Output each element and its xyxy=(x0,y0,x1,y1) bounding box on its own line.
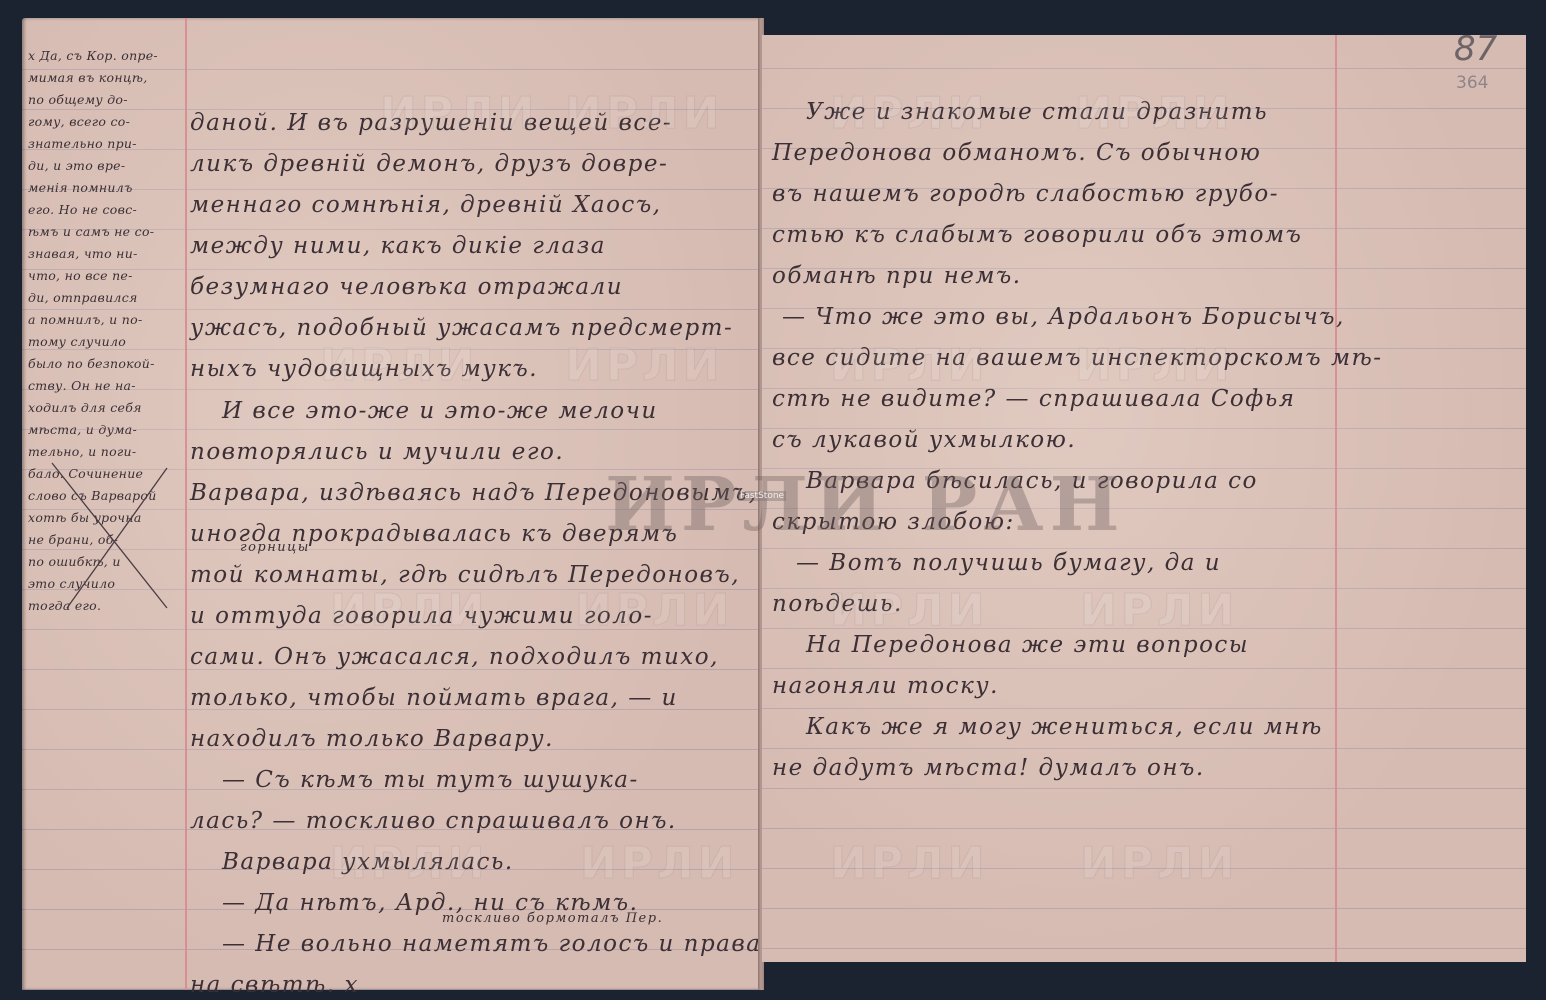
manuscript-line: Уже и знакомые стали дразнить xyxy=(806,99,1268,125)
manuscript-line: повторялись и мучили его. xyxy=(190,439,564,465)
manuscript-line: не дадутъ мѣста! думалъ онъ. xyxy=(772,755,1205,781)
margin-note-line: ству. Он не на- xyxy=(28,378,136,393)
manuscript-line: На Передонова же эти вопросы xyxy=(806,632,1249,658)
margin-note-line: х Да, съ Кор. опре- xyxy=(28,48,158,63)
margin-note-line: знательно при- xyxy=(28,136,137,151)
manuscript-line: даной. И въ разрушенiи вещей все- xyxy=(190,110,672,136)
left-page-margin-line xyxy=(185,18,187,990)
manuscript-line: Варвара, издѣваясь надъ Передоновымъ, xyxy=(190,480,758,506)
manuscript-line: только, чтобы поймать врага, — и xyxy=(190,685,678,711)
margin-note-line: ходилъ для себя xyxy=(28,400,142,415)
manuscript-line: лась? — тоскливо спрашивалъ онъ. xyxy=(190,808,677,834)
margin-note-line: знавая, что ни- xyxy=(28,246,138,261)
margin-note-line: тому случило xyxy=(28,334,126,349)
interlinear-note: горницы xyxy=(240,540,310,555)
software-label: FastStone xyxy=(738,491,786,501)
margin-note-line: ѣмъ и самъ не со- xyxy=(28,224,154,239)
manuscript-line: Варвара ухмылялась. xyxy=(222,849,514,875)
margin-note-line: тельно, и поги- xyxy=(28,444,136,459)
interlinear-note: тоскливо бормоталъ Пер. xyxy=(442,911,663,926)
margin-note-line: гому, всего со- xyxy=(28,114,130,129)
manuscript-line: стью къ слабымъ говорили объ этомъ xyxy=(772,222,1302,248)
manuscript-line: ужасъ, подобный ужасамъ предсмерт- xyxy=(190,315,733,341)
margin-note-line: его. Но не совс- xyxy=(28,202,137,217)
archive-number: 364 xyxy=(1456,73,1488,93)
margin-note-line: что, но все пе- xyxy=(28,268,133,283)
margin-note-line: ди, отправился xyxy=(28,290,138,305)
manuscript-line: Передонова обманомъ. Съ обычною xyxy=(772,140,1261,166)
margin-note-line: мѣста, и дума- xyxy=(28,422,137,437)
manuscript-line: поѣдешь. xyxy=(772,591,903,617)
manuscript-line: — Съ кѣмъ ты тутъ шушука- xyxy=(222,767,639,793)
manuscript-line: Какъ же я могу жениться, если мнѣ xyxy=(806,714,1323,740)
manuscript-line: сами. Онъ ужасался, подходилъ тихо, xyxy=(190,644,719,670)
manuscript-line: Варвара бѣсилась, и говорила со xyxy=(806,468,1258,494)
manuscript-line: находилъ только Варвару. xyxy=(190,726,554,752)
manuscript-line: ныхъ чудовищныхъ мукъ. xyxy=(190,356,538,382)
margin-note-line: мимая въ концѣ, xyxy=(28,70,148,85)
folio-number: 87 xyxy=(1454,29,1497,69)
right-manuscript-page: 87 364 Уже и знакомые стали дразнить Пер… xyxy=(762,35,1526,962)
manuscript-line: безумнаго человѣка отражали xyxy=(190,274,623,300)
left-manuscript-page: х Да, съ Кор. опре- мимая въ концѣ, по о… xyxy=(22,18,760,990)
margin-note-line: было по безпокой- xyxy=(28,356,155,371)
manuscript-line: и оттуда говорила чужими голо- xyxy=(190,603,653,629)
manuscript-line: — Что же это вы, Ардальонъ Борисычъ, xyxy=(782,304,1345,330)
manuscript-line: той комнаты, гдѣ сидѣлъ Передоновъ, xyxy=(190,562,740,588)
right-page-margin-line xyxy=(1335,35,1337,962)
manuscript-line: стѣ не видите? — спрашивала Софья xyxy=(772,386,1296,412)
strike-through-cross xyxy=(47,458,177,618)
manuscript-line: на свѣтѣ. х xyxy=(190,972,359,998)
manuscript-line: нагоняли тоску. xyxy=(772,673,999,699)
manuscript-line: между ними, какъ дикiе глаза xyxy=(190,233,606,259)
margin-note-line: менія помнилъ xyxy=(28,180,133,195)
margin-note-line: по общему до- xyxy=(28,92,128,107)
manuscript-line: ликъ древнiй демонъ, друзъ довре- xyxy=(190,151,668,177)
margin-note-line: а помнилъ, и по- xyxy=(28,312,143,327)
manuscript-line: съ лукавой ухмылкою. xyxy=(772,427,1076,453)
manuscript-line: обманѣ при немъ. xyxy=(772,263,1022,289)
manuscript-line: И все это-же и это-же мелочи xyxy=(222,398,658,424)
manuscript-line: въ нашемъ городѣ слабостью грубо- xyxy=(772,181,1279,207)
manuscript-line: все сидите на вашемъ инспекторскомъ мѣ- xyxy=(772,345,1383,371)
manuscript-line: — Вотъ получишь бумагу, да и xyxy=(796,550,1221,576)
manuscript-line: меннаго сомнѣнiя, древнiй Хаосъ, xyxy=(190,192,661,218)
margin-note-line: ди, и это врe- xyxy=(28,158,125,173)
manuscript-line: скрытою злобою: xyxy=(772,509,1015,535)
manuscript-line: — Не вольно наметятъ голосъ и права xyxy=(222,931,762,957)
